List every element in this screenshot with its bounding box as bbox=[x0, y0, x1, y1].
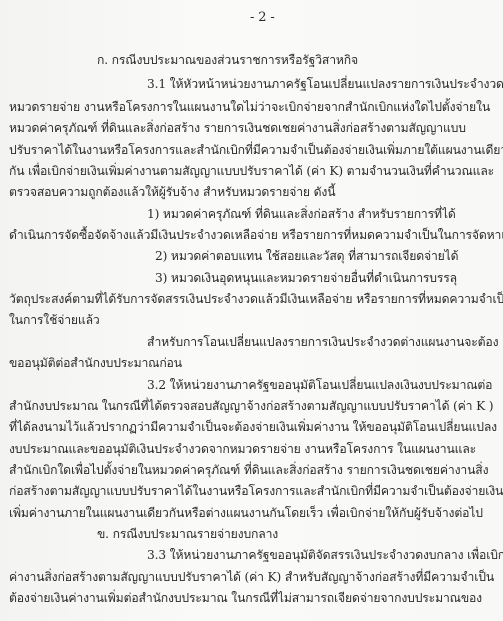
text-line: ในการใช้จ่ายแล้ว bbox=[9, 312, 100, 328]
text-line: เพิ่มค่างานภายในแผนงานเดียวกันหรือต่างแผ… bbox=[9, 505, 483, 521]
text-line: ที่ได้ลงนามไว้แล้วปรากฏว่ามีความจำเป็นจะ… bbox=[9, 419, 497, 435]
text-line: ก่อสร้างตามสัญญาแบบปรับราคาได้ในงานหรือโ… bbox=[9, 483, 503, 499]
text-line: ปรับราคาได้ในงานหรือโครงการและสำนักเบิกท… bbox=[9, 142, 503, 158]
text-line: ค่างานสิ่งก่อสร้างตามสัญญาแบบปรับราคาได้… bbox=[9, 569, 494, 585]
text-line: 3.3 ให้หน่วยงานภาครัฐขออนุมัติจัดสรรเงิน… bbox=[147, 547, 503, 563]
text-line: งบประมาณและขออนุมัติเงินประจำงวดจากหมวดร… bbox=[9, 441, 476, 457]
page-number: - 2 - bbox=[250, 10, 275, 26]
text-line: สำหรับการโอนเปลี่ยนแปลงรายการเงินประจำงว… bbox=[147, 334, 498, 350]
text-line: ตรวจสอบความถูกต้องแล้วให้ผู้รับจ้าง สำหร… bbox=[9, 184, 335, 200]
document-page: - 2 -ก. กรณีงบประมาณของส่วนราชการหรือรัฐ… bbox=[0, 0, 503, 621]
text-line: 3.1 ให้หัวหน้าหน่วยงานภาครัฐโอนเปลี่ยนแป… bbox=[147, 76, 503, 92]
text-line: สำนักงบประมาณ ในกรณีที่ได้ตรวจสอบสัญญาจ้… bbox=[9, 398, 493, 414]
text-line: ต้องจ่ายเงินค่างานเพิ่มต่อสำนักงบประมาณ … bbox=[9, 590, 482, 606]
text-line: ก. กรณีงบประมาณของส่วนราชการหรือรัฐวิสาห… bbox=[97, 52, 358, 68]
text-line: กัน เพื่อเบิกจ่ายเงินเพิ่มค่างานตามสัญญา… bbox=[9, 163, 494, 179]
text-line: 1) หมวดค่าครุภัณฑ์ ที่ดินและสิ่งก่อสร้าง… bbox=[147, 206, 456, 222]
text-line: วัตถุประสงค์ตามที่ได้รับการจัดสรรเงินประ… bbox=[9, 291, 503, 307]
text-line: ขออนุมัติต่อสำนักงบประมาณก่อน bbox=[9, 355, 182, 371]
text-line: หมวดค่าครุภัณฑ์ ที่ดินและสิ่งก่อสร้าง รา… bbox=[9, 120, 466, 136]
text-line: 3.2 ให้หน่วยงานภาครัฐขออนุมัติโอนเปลี่ยน… bbox=[147, 377, 492, 393]
text-line: ข. กรณีงบประมาณรายจ่ายงบกลาง bbox=[97, 526, 278, 542]
text-line: 3) หมวดเงินอุดหนุนและหมวดรายจ่ายอื่นที่ด… bbox=[155, 270, 457, 286]
text-line: 2) หมวดค่าตอบแทน ใช้สอยและวัสดุ ที่สามาร… bbox=[155, 248, 458, 264]
text-line: สำนักเบิกใดเพื่อไปตั้งจ่ายในหมวดค่าครุภั… bbox=[9, 462, 488, 478]
text-line: ดำเนินการจัดซื้อจัดจ้างแล้วมีเงินประจำงว… bbox=[9, 227, 503, 243]
text-line: หมวดรายจ่าย งานหรือโครงการในแผนงานใดไม่ว… bbox=[9, 99, 490, 115]
